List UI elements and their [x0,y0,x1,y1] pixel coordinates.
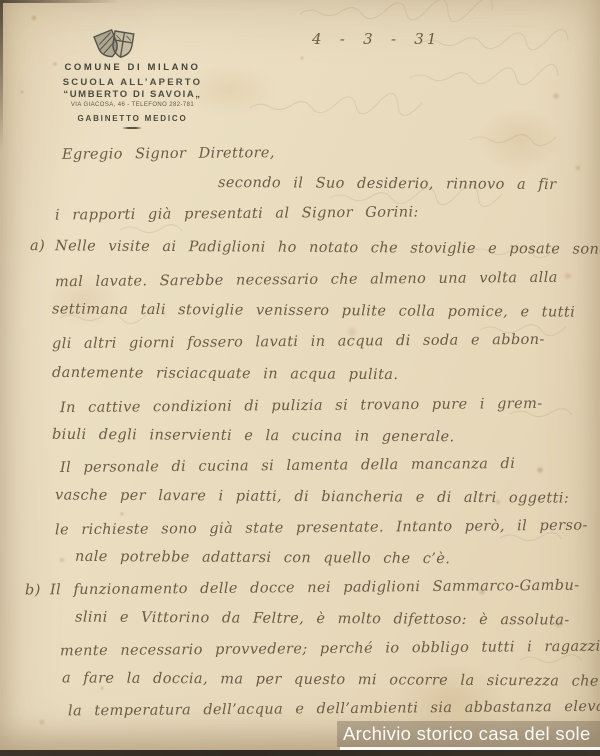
handwriting-line: nale potrebbe adattarsi con quello che c… [75,549,450,567]
handwriting-text: gli altri giorni fossero lavati in acqua… [52,332,545,352]
letter-page: COMUNE DI MILANO SCUOLA ALL’APERTO “UMBE… [0,0,600,751]
handwriting-line: mal lavate. Sarebbe necessario che almen… [55,270,558,290]
handwriting-text: biuli degli inservienti e la cucina in g… [52,427,455,445]
handwriting-text: mente necessario provvedere; perché io o… [60,639,600,660]
watermark-text: Archivio storico casa del sole [337,723,591,745]
handwriting-text: Il funzionamento delle docce nei padigli… [50,578,580,599]
handwriting-text: settimana tali stoviglie venissero pulit… [52,301,575,320]
handwriting-text: vasche per lavare i piatti, di biancheri… [55,487,569,506]
handwriting-text: Nelle visite ai Padiglioni ho notato che… [55,238,600,257]
handwriting-line: a)Nelle visite ai Padiglioni ho notato c… [55,238,600,257]
handwriting-line: Il personale di cucina si lamenta della … [60,456,515,476]
handwriting-text: la temperatura dell’acqua e dell’ambient… [68,699,600,720]
handwriting-text: dantemente risciacquate in acqua pulita. [52,365,398,383]
handwriting-text: slini e Vittorino da Feltre, è molto dif… [75,609,570,628]
handwriting-line: settimana tali stoviglie venissero pulit… [52,301,575,320]
watermark: Archivio storico casa del sole [337,721,600,747]
handwriting-line: Egregio Signor Direttore, [62,145,275,163]
handwriting-text: secondo il Suo desiderio, rinnovo a fir [218,175,557,193]
handwriting-line: gli altri giorni fossero lavati in acqua… [52,332,545,352]
handwriting-text: a fare la doccia, ma per questo mi occor… [62,670,599,689]
handwriting-line: dantemente risciacquate in acqua pulita. [52,365,398,383]
handwriting-line: biuli degli inservienti e la cucina in g… [52,427,455,445]
paragraph-marker: b) [25,582,41,598]
handwriting-line: la temperatura dell’acqua e dell’ambient… [68,699,600,720]
handwriting-line: a fare la doccia, ma per questo mi occor… [62,670,599,689]
handwriting-line: secondo il Suo desiderio, rinnovo a fir [218,175,557,193]
paragraph-marker: a) [30,238,45,254]
scan-background [0,750,600,756]
handwriting-text: nale potrebbe adattarsi con quello che c… [75,549,450,567]
handwriting-line: vasche per lavare i piatti, di biancheri… [55,487,569,506]
handwriting-text: Egregio Signor Direttore, [62,145,275,163]
handwriting-text: le richieste sono già state presentate. … [55,518,588,539]
handwriting-line: mente necessario provvedere; perché io o… [60,639,600,660]
handwriting-line: le richieste sono già state presentate. … [55,518,588,539]
handwriting-text: In cattive condizioni di pulizia si trov… [60,396,543,416]
handwriting-line: i rapporti già presentati al Signor Gori… [55,204,419,223]
handwriting-line: b)Il funzionamento delle docce nei padig… [50,578,580,599]
handwriting-text: i rapporti già presentati al Signor Gori… [55,204,419,223]
scanned-letter: COMUNE DI MILANO SCUOLA ALL’APERTO “UMBE… [0,0,600,756]
handwriting-text: mal lavate. Sarebbe necessario che almen… [55,270,558,290]
handwriting-line: In cattive condizioni di pulizia si trov… [60,396,543,416]
handwriting-text: Il personale di cucina si lamenta della … [60,456,515,476]
handwriting-line: slini e Vittorino da Feltre, è molto dif… [75,609,570,628]
handwritten-body: Egregio Signor Direttore,secondo il Suo … [0,0,600,751]
